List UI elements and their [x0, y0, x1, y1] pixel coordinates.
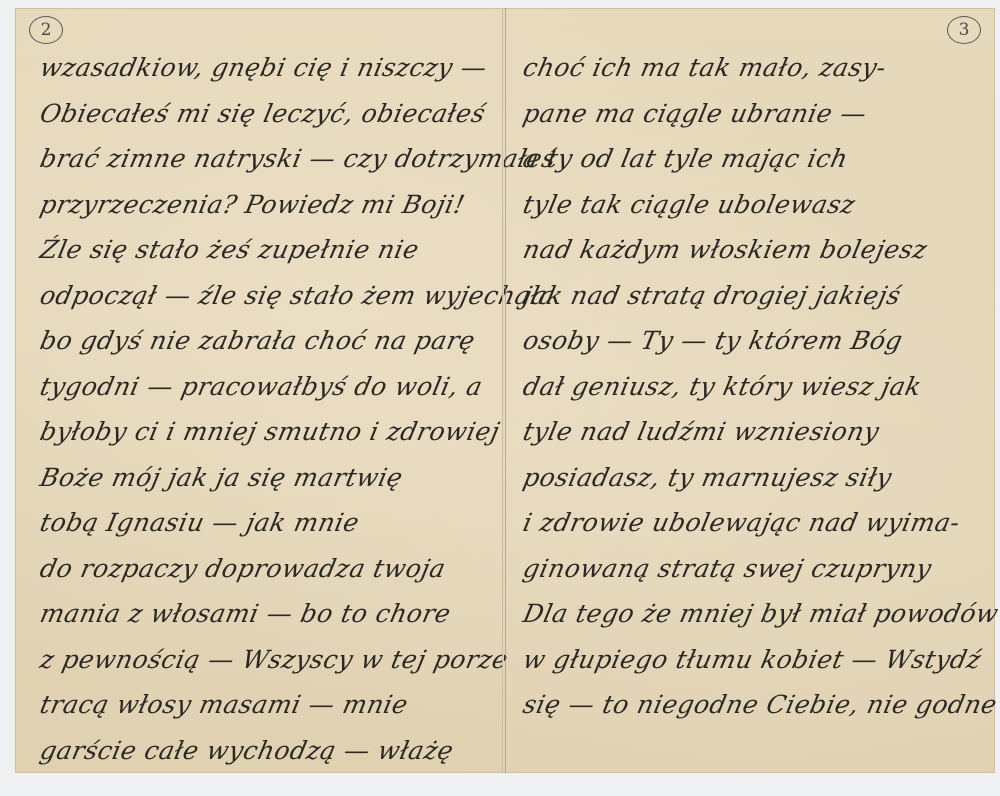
right-page: 3 choć ich ma tak mało, zasy- pane ma ci… [506, 8, 995, 773]
handwritten-line: i zdrowie ubolewając nad wyima- [506, 503, 1000, 549]
handwritten-line: się — to niegodne Ciebie, nie godne [506, 685, 1000, 731]
letter-scan: 2 wzasadkiow, gnębi cię i niszczy — Obie… [0, 0, 1000, 796]
handwritten-line: z pewnością — Wszyscy w tej porze [15, 640, 513, 686]
handwritten-line: posiadasz, ty marnujesz siły [506, 458, 1000, 504]
paper-sheet: 2 wzasadkiow, gnębi cię i niszczy — Obie… [15, 8, 995, 773]
handwritten-line: wzasadkiow, gnębi cię i niszczy — [15, 48, 513, 94]
handwritten-line: Dla tego że mniej był miał powodów [506, 594, 1000, 640]
handwritten-line: ginowaną stratą swej czupryny [506, 549, 1000, 595]
left-page-text: wzasadkiow, gnębi cię i niszczy — Obieca… [15, 48, 503, 776]
handwritten-line: tobą Ignasiu — jak mnie [15, 503, 513, 549]
handwritten-line: tyle nad ludźmi wzniesiony [506, 412, 1000, 458]
right-page-text: choć ich ma tak mało, zasy- pane ma ciąg… [506, 48, 995, 731]
handwritten-line: odpoczął — źle się stało żem wyjechała [15, 276, 513, 322]
handwritten-line: byłoby ci i mniej smutno i zdrowiej [15, 412, 513, 458]
handwritten-line: jak nad stratą drogiej jakiejś [506, 276, 1000, 322]
handwritten-line: osoby — Ty — ty którem Bóg [506, 321, 1000, 367]
page-number-right: 3 [947, 16, 981, 44]
handwritten-line: w głupiego tłumu kobiet — Wstydź [506, 640, 1000, 686]
handwritten-line: dał geniusz, ty który wiesz jak [506, 367, 1000, 413]
handwritten-line: Boże mój jak ja się martwię [15, 458, 513, 504]
handwritten-line: nad każdym włoskiem bolejesz [506, 230, 1000, 276]
left-page: 2 wzasadkiow, gnębi cię i niszczy — Obie… [15, 8, 503, 773]
handwritten-line: pane ma ciągle ubranie — [506, 94, 1000, 140]
handwritten-line: garście całe wychodzą — włażę [15, 731, 513, 777]
handwritten-line: a ty od lat tyle mając ich [506, 139, 1000, 185]
handwritten-line: Źle się stało żeś zupełnie nie [15, 230, 513, 276]
handwritten-line: tyle tak ciągle ubolewasz [506, 185, 1000, 231]
handwritten-line: tracą włosy masami — mnie [15, 685, 513, 731]
handwritten-line: choć ich ma tak mało, zasy- [506, 48, 1000, 94]
handwritten-line: tygodni — pracowałbyś do woli, a [15, 367, 513, 413]
handwritten-line: przyrzeczenia? Powiedz mi Boji! [15, 185, 513, 231]
handwritten-line: mania z włosami — bo to chore [15, 594, 513, 640]
handwritten-line: Obiecałeś mi się leczyć, obiecałeś [15, 94, 513, 140]
handwritten-line: brać zimne natryski — czy dotrzymałeś [15, 139, 513, 185]
center-fold [502, 8, 504, 773]
page-number-left: 2 [29, 16, 63, 44]
handwritten-line: do rozpaczy doprowadza twoja [15, 549, 513, 595]
handwritten-line: bo gdyś nie zabrała choć na parę [15, 321, 513, 367]
